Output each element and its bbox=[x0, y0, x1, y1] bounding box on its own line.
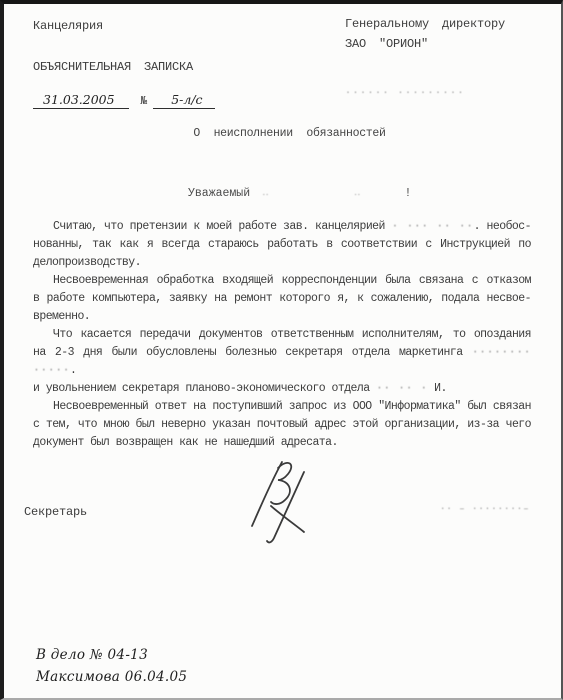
salutation-exclamation: ! bbox=[405, 187, 412, 200]
body-text-segment: И. bbox=[428, 382, 447, 395]
salutation-word: Уважаемый bbox=[188, 187, 250, 200]
secretary-label: Секретарь bbox=[24, 505, 87, 519]
resolution-line-2: Максимова 06.04.05 bbox=[36, 666, 187, 688]
addressee-redacted-name: ······ ········· bbox=[345, 88, 465, 99]
signature-name-redacted: ·· – ········– bbox=[440, 504, 530, 514]
handwritten-signature bbox=[238, 450, 328, 550]
body-text-segment: . bbox=[70, 364, 76, 377]
resolution-line-1: В дело № 04-13 bbox=[36, 644, 187, 666]
body-text-segment: и увольнением секретаря планово-экономич… bbox=[33, 382, 376, 395]
salutation-redacted-mark: ‥ bbox=[262, 187, 269, 199]
salutation-line: Уважаемый ‥ ‥ ! bbox=[188, 187, 411, 200]
body-text-segment: . необос- bbox=[474, 220, 531, 233]
body-line: Считаю, что претензии к моей работе зав.… bbox=[33, 218, 531, 236]
number-sign: № bbox=[141, 94, 148, 107]
body-line: Что касается передачи документов ответст… bbox=[33, 326, 531, 344]
body-text-segment: Считаю, что претензии к моей работе зав.… bbox=[53, 220, 391, 233]
body-line: и увольнением секретаря планово-экономич… bbox=[33, 380, 531, 398]
body-line: делопроизводству. bbox=[33, 254, 531, 272]
date-number-line: 31.03.2005 № 5-л/с bbox=[33, 92, 215, 109]
addressee-line-1: Генеральному директору bbox=[345, 14, 505, 34]
addressee-line-2: ЗАО "ОРИОН" bbox=[345, 34, 505, 54]
body-line: в работе компьютера, заявку на ремонт ко… bbox=[33, 290, 531, 308]
body-line: на 2-3 дня были обусловлены болезнью сек… bbox=[33, 344, 531, 380]
redacted-text: · ··· ·· ·· bbox=[391, 220, 473, 233]
body-line: Несвоевременная обработка входящей корре… bbox=[33, 272, 531, 290]
redacted-text: ·· ·· · bbox=[376, 382, 428, 395]
doc-type-label: ОБЪЯСНИТЕЛЬНАЯ ЗАПИСКА bbox=[33, 60, 193, 74]
resolution-note: В дело № 04-13 Максимова 06.04.05 bbox=[36, 644, 187, 688]
document-page: Канцелярия Генеральному директору ЗАО "О… bbox=[0, 0, 563, 700]
body-text-segment: на 2-3 дня были обусловлены болезнью сек… bbox=[33, 346, 472, 359]
body-line: с тем, что мною был неверно указан почто… bbox=[33, 416, 531, 434]
document-title: О неисполнении обязанностей bbox=[4, 127, 561, 140]
date-value: 31.03.2005 bbox=[33, 92, 129, 109]
body-line: Несвоевременный ответ на поступивший зап… bbox=[33, 398, 531, 416]
body-line: временно. bbox=[33, 308, 531, 326]
body-line: нованны, так как я всегда стараюсь работ… bbox=[33, 236, 531, 254]
doc-number-value: 5-л/с bbox=[153, 92, 214, 109]
body-paragraphs: Считаю, что претензии к моей работе зав.… bbox=[33, 218, 531, 452]
department-label: Канцелярия bbox=[33, 19, 103, 33]
addressee-block: Генеральному директору ЗАО "ОРИОН" bbox=[345, 14, 505, 54]
salutation-redacted-mark: ‥ bbox=[354, 187, 361, 199]
